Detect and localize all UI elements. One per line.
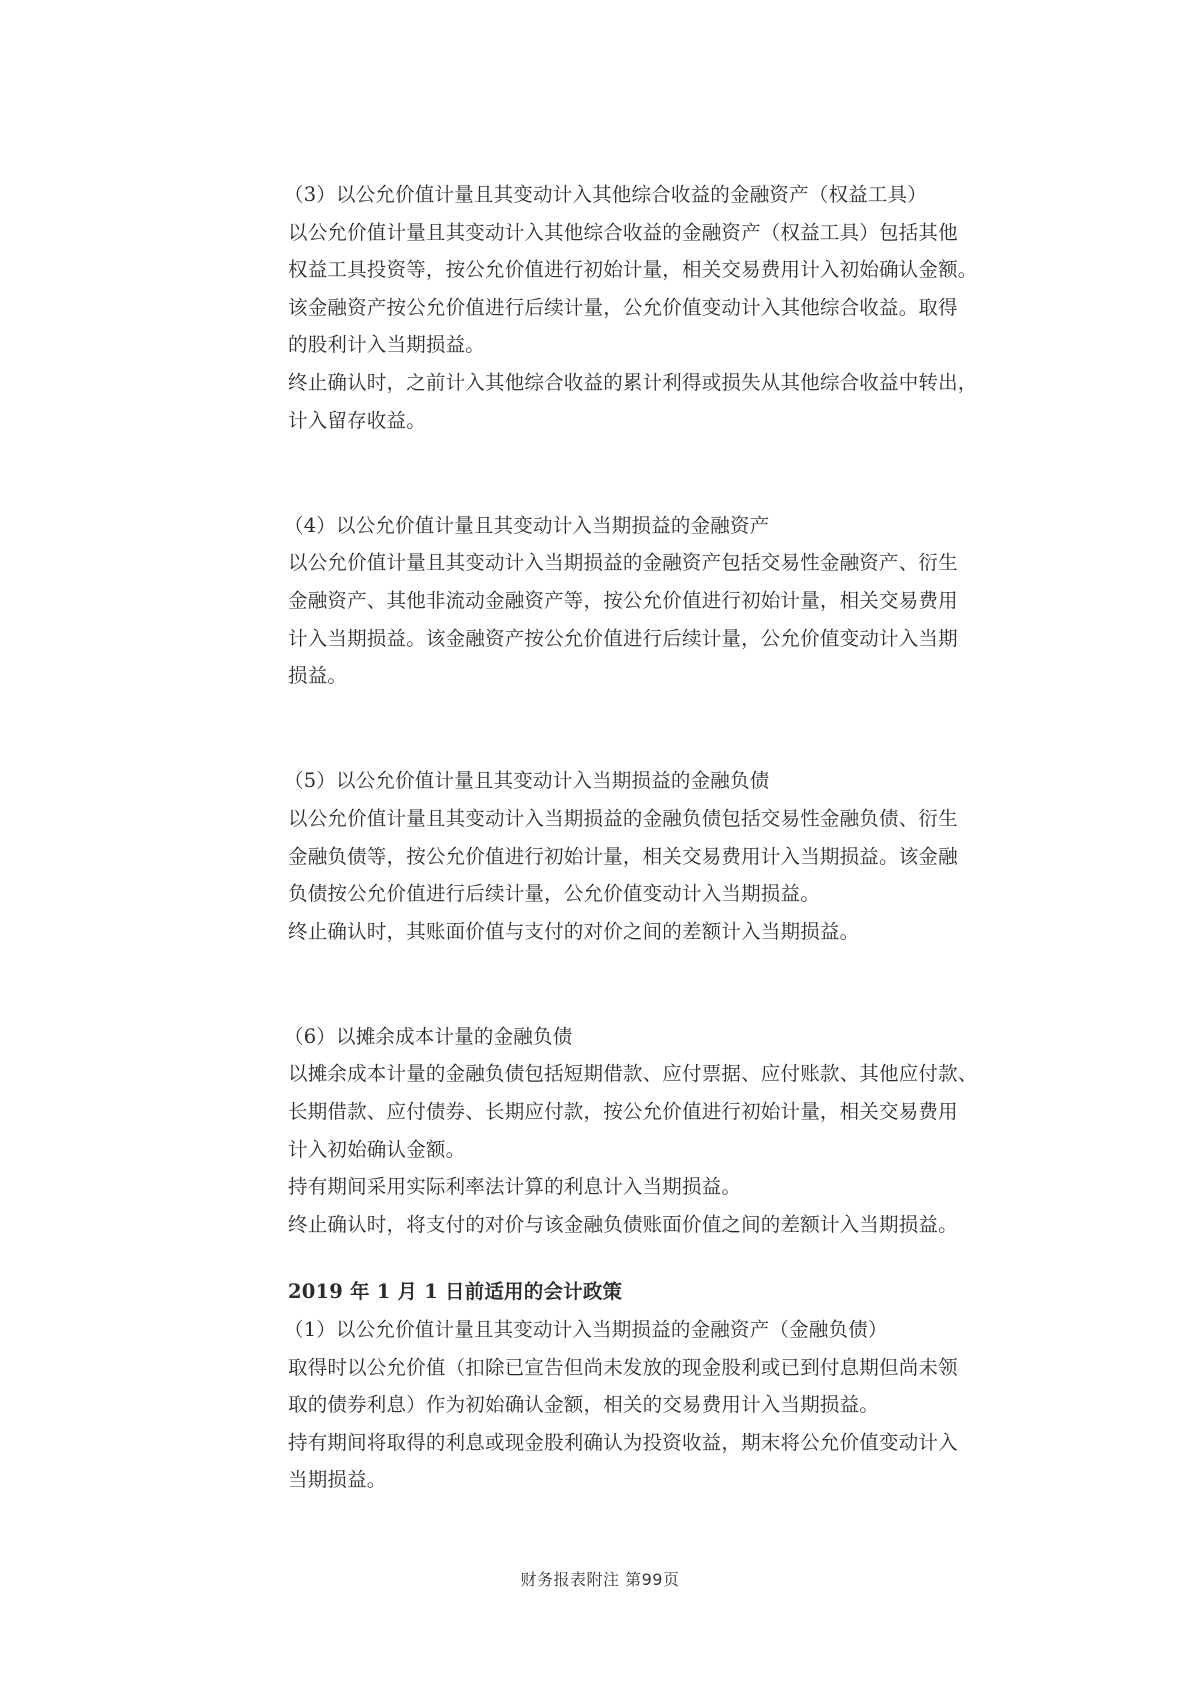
section-heading: （5）以公允价值计量且其变动计入当期损益的金融负债 [284,762,968,800]
section-spacer [288,732,968,762]
section-spacer [288,1243,968,1273]
section-spacer [288,988,968,1018]
paragraph-line: 长期借款、应付债券、长期应付款，按公允价值进行初始计量，相关交易费用 [288,1093,968,1131]
paragraph-line: 损益。 [288,657,968,695]
paragraph-line: 终止确认时，将支付的对价与该金融负债账面价值之间的差额计入当期损益。 [288,1206,968,1244]
paragraph-line: 持有期间将取得的利息或现金股利确认为投资收益，期末将公允价值变动计入 [288,1424,968,1462]
paragraph-line: 持有期间采用实际利率法计算的利息计入当期损益。 [288,1168,968,1206]
paragraph-line: 计入初始确认金额。 [288,1131,968,1169]
paragraph-line: 以公允价值计量且其变动计入当期损益的金融资产包括交易性金融资产、衍生 [288,544,968,582]
paragraph-line: 当期损益。 [288,1461,968,1499]
pre-2019-policy-section: 2019 年 1 月 1 日前适用的会计政策 （1）以公允价值计量且其变动计入当… [288,1273,968,1499]
paragraph-line: 金融负债等，按公允价值进行初始计量，相关交易费用计入当期损益。该金融 [288,838,968,876]
paragraph-line: 取的债券利息）作为初始确认金额，相关的交易费用计入当期损益。 [288,1386,968,1424]
section-spacer [288,950,968,988]
paragraph-line: 权益工具投资等，按公允价值进行初始计量，相关交易费用计入初始确认金额。 [288,251,968,289]
paragraph-line: 终止确认时，其账面价值与支付的对价之间的差额计入当期损益。 [288,913,968,951]
paragraph-line: 计入当期损益。该金融资产按公允价值进行后续计量，公允价值变动计入当期 [288,620,968,658]
section-6: （6）以摊余成本计量的金融负债 以摊余成本计量的金融负债包括短期借款、应付票据、… [288,1018,968,1244]
policy-section-title: 2019 年 1 月 1 日前适用的会计政策 [288,1273,968,1311]
paragraph-line: 金融资产、其他非流动金融资产等，按公允价值进行初始计量，相关交易费用 [288,582,968,620]
paragraph-line: 以公允价值计量且其变动计入当期损益的金融负债包括交易性金融负债、衍生 [288,800,968,838]
page-content: （3）以公允价值计量且其变动计入其他综合收益的金融资产（权益工具） 以公允价值计… [288,176,968,1499]
paragraph-line: 终止确认时，之前计入其他综合收益的累计利得或损失从其他综合收益中转出， [288,364,968,402]
section-heading: （6）以摊余成本计量的金融负债 [284,1018,968,1056]
section-spacer [288,477,968,507]
section-5: （5）以公允价值计量且其变动计入当期损益的金融负债 以公允价值计量且其变动计入当… [288,762,968,950]
page-footer: 财务报表附注 第99页 [0,1567,1200,1590]
paragraph-line: 该金融资产按公允价值进行后续计量，公允价值变动计入其他综合收益。取得 [288,289,968,327]
document-page: （3）以公允价值计量且其变动计入其他综合收益的金融资产（权益工具） 以公允价值计… [0,0,1200,1696]
section-3: （3）以公允价值计量且其变动计入其他综合收益的金融资产（权益工具） 以公允价值计… [288,176,968,439]
section-spacer [288,439,968,477]
section-heading: （3）以公允价值计量且其变动计入其他综合收益的金融资产（权益工具） [284,176,968,214]
section-spacer [288,695,968,733]
paragraph-line: 取得时以公允价值（扣除已宣告但尚未发放的现金股利或已到付息期但尚未领 [288,1349,968,1387]
paragraph-line: 以摊余成本计量的金融负债包括短期借款、应付票据、应付账款、其他应付款、 [288,1055,968,1093]
section-heading: （4）以公允价值计量且其变动计入当期损益的金融资产 [284,507,968,545]
section-4: （4）以公允价值计量且其变动计入当期损益的金融资产 以公允价值计量且其变动计入当… [288,507,968,695]
paragraph-line: 的股利计入当期损益。 [288,326,968,364]
paragraph-line: 计入留存收益。 [288,402,968,440]
section-heading: （1）以公允价值计量且其变动计入当期损益的金融资产（金融负债） [284,1311,968,1349]
paragraph-line: 以公允价值计量且其变动计入其他综合收益的金融资产（权益工具）包括其他 [288,214,968,252]
paragraph-line: 负债按公允价值进行后续计量，公允价值变动计入当期损益。 [288,875,968,913]
